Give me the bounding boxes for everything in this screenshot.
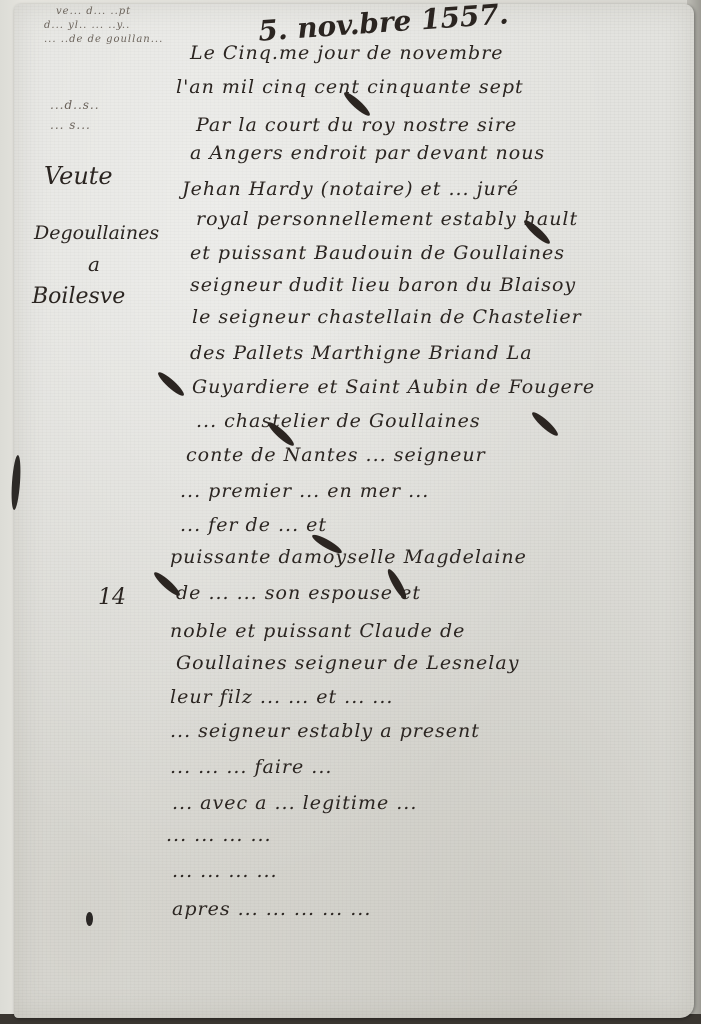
margin-title-degoullaines: Degoullaines: [34, 222, 159, 244]
body-line-24: ... ... ... ...: [166, 822, 272, 848]
body-line-17: de ... ... son espouse et: [176, 580, 421, 606]
body-line-22: ... ... ... faire ...: [170, 754, 332, 780]
body-line-12: ... chastelier de Goullaines: [196, 408, 481, 434]
body-line-19: Goullaines seigneur de Lesnelay: [176, 650, 519, 676]
body-line-7: et puissant Baudouin de Goullaines: [190, 240, 565, 266]
margin-small-note-2: ... s...: [50, 118, 91, 132]
body-line-25: ... ... ... ...: [172, 858, 278, 884]
margin-title-a: a: [88, 252, 100, 276]
body-line-18: noble et puissant Claude de: [170, 618, 465, 644]
margin-small-note-1: ...d..s..: [50, 98, 100, 112]
paper-hole: [86, 912, 93, 926]
body-line-1: Le Cinq.me jour de novembre: [190, 40, 504, 66]
body-line-26: apres ... ... ... ... ...: [172, 896, 371, 922]
margin-title-veute: Veute: [44, 162, 113, 190]
body-line-4: a Angers endroit par devant nous: [190, 140, 545, 166]
body-line-11: Guyardiere et Saint Aubin de Fougere: [192, 374, 595, 400]
body-line-9: le seigneur chastellain de Chastelier: [192, 304, 582, 330]
body-line-10: des Pallets Marthigne Briand La: [190, 340, 533, 366]
body-line-20: leur filz ... ... et ... ...: [170, 684, 393, 710]
body-line-15: ... fer de ... et: [180, 512, 327, 538]
body-line-6: royal personnellement estably hault: [196, 206, 578, 232]
body-line-23: ... avec a ... legitime ...: [172, 790, 417, 816]
margin-title-boilesve: Boilesve: [32, 284, 125, 309]
top-note-line-3: ... ..de de goullan...: [44, 34, 163, 46]
body-line-13: conte de Nantes ... seigneur: [186, 442, 486, 468]
body-line-5: Jehan Hardy (notaire) et ... juré: [182, 176, 519, 202]
body-line-8: seigneur dudit lieu baron du Blaisoy: [190, 272, 576, 298]
body-line-3: Par la court du roy nostre sire: [196, 112, 517, 138]
folio-number: 14: [98, 585, 126, 610]
body-line-21: ... seigneur estably a present: [170, 718, 480, 744]
top-note-line-1: ve... d... ..pt: [56, 6, 131, 18]
body-line-16: puissante damoyselle Magdelaine: [170, 544, 527, 570]
top-note-line-2: d... yl.. ... ..y..: [44, 20, 130, 32]
body-line-14: ... premier ... en mer ...: [180, 478, 429, 504]
